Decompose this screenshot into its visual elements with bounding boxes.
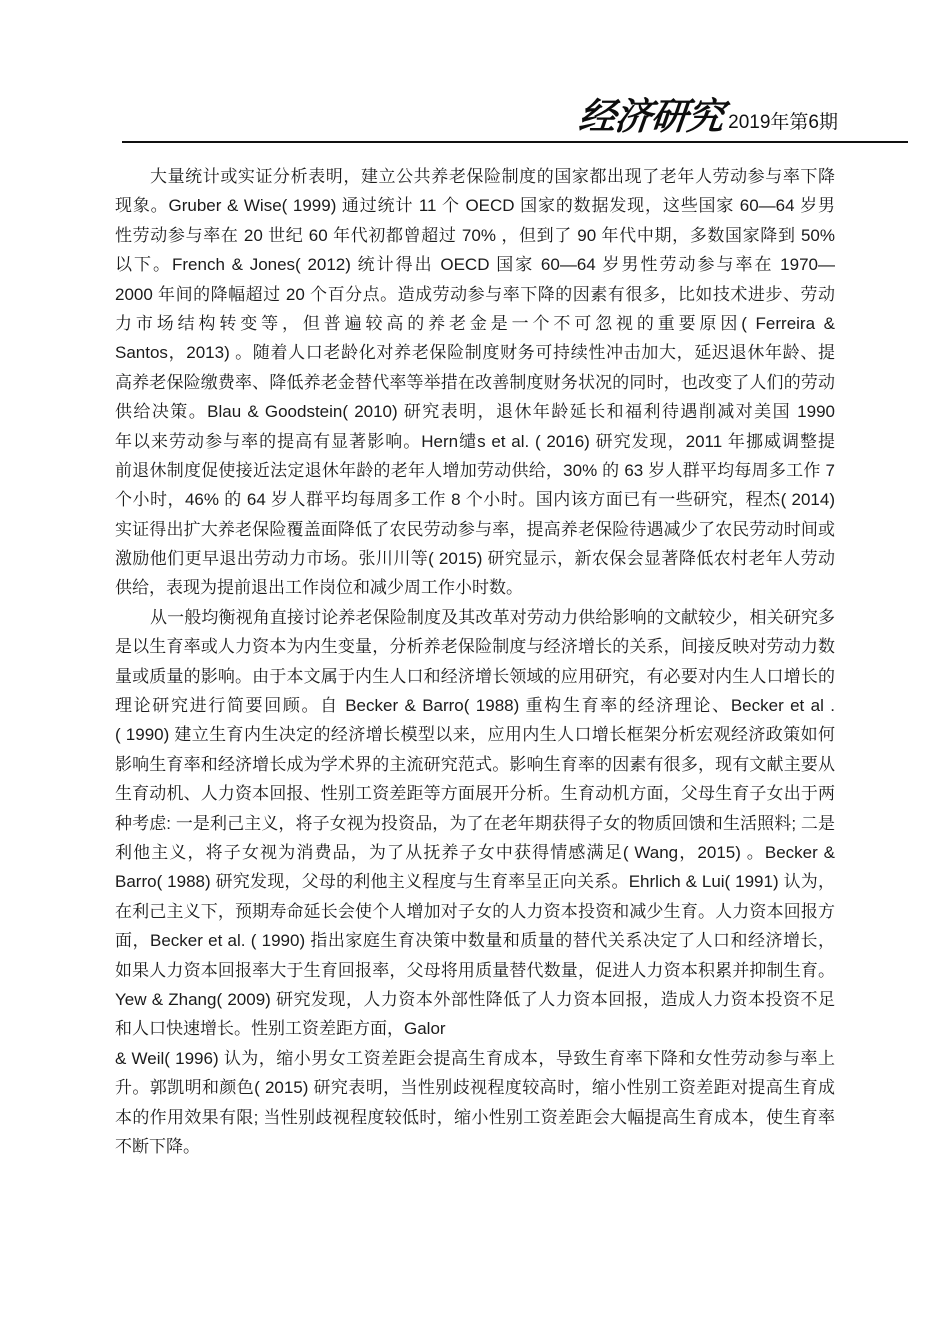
text-line: 和人口快速增长。性别工资差距方面，Galor	[115, 1014, 835, 1043]
text-line: 现象。Gruber & Wise( 1999) 通过统计 11 个 OECD 国…	[115, 191, 835, 220]
journal-logo: 经济研究	[577, 98, 725, 135]
text-line: 是以生育率或人力资本为内生变量，分析养老保险制度与经济增长的关系，间接反映对劳动…	[115, 632, 835, 661]
text-line: 升。郭凯明和颜色( 2015) 研究表明，当性别歧视程度较高时，缩小性别工资差距…	[115, 1073, 835, 1102]
issue-label: 2019年第6期	[728, 113, 838, 135]
text-line: ( 1990) 建立生育内生决定的经济增长模型以来，应用内生人口增长框架分析宏观…	[115, 720, 835, 749]
text-line: 影响生育率和经济增长成为学术界的主流研究范式。影响生育率的因素有很多，现有文献主…	[115, 750, 835, 779]
text-line: 前退休制度促使接近法定退休年龄的老年人增加劳动供给，30% 的 63 岁人群平均…	[115, 456, 835, 485]
text-line: 性劳动参与率在 20 世纪 60 年代初都曾超过 70% ，但到了 90 年代中…	[115, 221, 835, 250]
text-line: 不断下降。	[115, 1132, 835, 1161]
text-line: Santos，2013) 。随着人口老龄化对养老保险制度财务可持续性冲击加大，延…	[115, 338, 835, 367]
text-line: 2000 年间的降幅超过 20 个百分点。造成劳动参与率下降的因素有很多，比如技…	[115, 280, 835, 309]
text-line: 实证得出扩大养老保险覆盖面降低了农民劳动参与率，提高养老保险待遇减少了农民劳动时…	[115, 515, 835, 544]
text-line: 本的作用效果有限; 当性别歧视程度较低时，缩小性别工资差距会大幅提高生育成本，使…	[115, 1103, 835, 1132]
header-rule	[122, 141, 908, 143]
text-line: 生育动机、人力资本回报、性别工资差距等方面展开分析。生育动机方面，父母生育子女出…	[115, 779, 835, 808]
text-line: 利他主义，将子女视为消费品，为了从抚养子女中获得情感满足( Wang，2015)…	[115, 838, 835, 867]
text-line: 面，Becker et al. ( 1990) 指出家庭生育决策中数量和质量的替…	[115, 926, 835, 955]
body-text: 大量统计或实证分析表明，建立公共养老保险制度的国家都出现了老年人劳动参与率下降现…	[115, 162, 835, 1161]
text-line: 如果人力资本回报率大于生育回报率，父母将用质量替代数量，促进人力资本积累并抑制生…	[115, 956, 835, 985]
text-line: 高养老保险缴费率、降低养老金替代率等举措在改善制度财务状况的同时，也改变了人们的…	[115, 368, 835, 397]
text-line: 理论研究进行简要回顾。自 Becker & Barro( 1988) 重构生育率…	[115, 691, 835, 720]
text-line: Barro( 1988) 研究发现，父母的利他主义程度与生育率呈正向关系。Ehr…	[115, 867, 835, 896]
text-line: 种考虑: 一是利己主义，将子女视为投资品，为了在老年期获得子女的物质回馈和生活照…	[115, 809, 835, 838]
text-line: 供给决策。Blau & Goodstein( 2010) 研究表明，退休年龄延长…	[115, 397, 835, 426]
text-line: 激励他们更早退出劳动力市场。张川川等( 2015) 研究显示，新农保会显著降低农…	[115, 544, 835, 573]
text-line: 个小时，46% 的 64 岁人群平均每周多工作 8 个小时。国内该方面已有一些研…	[115, 485, 835, 514]
text-line: 从一般均衡视角直接讨论养老保险制度及其改革对劳动力供给影响的文献较少，相关研究多	[115, 603, 835, 632]
text-line: 年以来劳动参与率的提高有显著影响。Hern缱s et al. ( 2016) 研…	[115, 427, 835, 456]
journal-page: 经济研究 2019年第6期 大量统计或实证分析表明，建立公共养老保险制度的国家都…	[0, 0, 950, 1344]
text-line: Yew & Zhang( 2009) 研究发现，人力资本外部性降低了人力资本回报…	[115, 985, 835, 1014]
text-line: 以下。French & Jones( 2012) 统计得出 OECD 国家 60…	[115, 250, 835, 279]
text-line: 力市场结构转变等，但普遍较高的养老金是一个不可忽视的重要原因( Ferreira…	[115, 309, 835, 338]
page-header: 经济研究 2019年第6期	[598, 98, 838, 135]
text-line: 在利己主义下，预期寿命延长会使个人增加对子女的人力资本投资和减少生育。人力资本回…	[115, 897, 835, 926]
text-line: 供给，表现为提前退出工作岗位和减少周工作小时数。	[115, 573, 835, 602]
text-line: 量或质量的影响。由于本文属于内生人口和经济增长领域的应用研究，有必要对内生人口增…	[115, 662, 835, 691]
text-line: 大量统计或实证分析表明，建立公共养老保险制度的国家都出现了老年人劳动参与率下降	[115, 162, 835, 191]
text-line: & Weil( 1996) 认为，缩小男女工资差距会提高生育成本，导致生育率下降…	[115, 1044, 835, 1073]
